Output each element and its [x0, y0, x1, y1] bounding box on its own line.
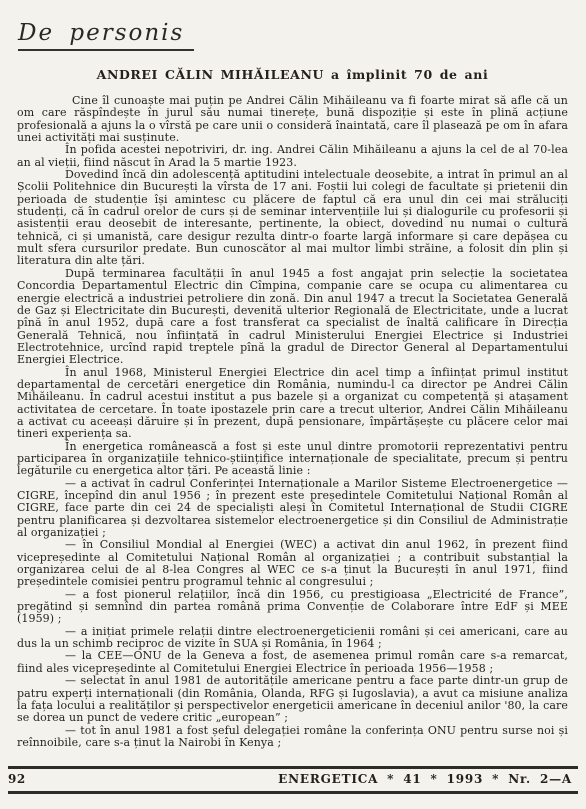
- list-item-paragraph: — tot în anul 1981 a fost șeful delegați…: [17, 725, 568, 750]
- paragraph: După terminarea facultății în anul 1945 …: [17, 268, 568, 367]
- list-item-paragraph: — selectat în anul 1981 de autoritățile …: [17, 675, 568, 724]
- journal-citation: ENERGETICA * 41 * 1993 * Nr. 2—A: [278, 772, 572, 786]
- journal-page: De personis ANDREI CĂLIN MIHĂILEANU a îm…: [0, 0, 586, 809]
- list-item-paragraph: — la CEE—ONU de la Geneva a fost, de ase…: [17, 650, 568, 675]
- list-item-paragraph: — a fost pionerul relațiilor, încă din 1…: [17, 589, 568, 626]
- page-number: 92: [8, 772, 26, 786]
- paragraph: Dovedind încă din adolescență aptitudini…: [17, 169, 568, 268]
- footer-rule-bottom: [8, 791, 578, 794]
- article-title: ANDREI CĂLIN MIHĂILEANU a împlinit 70 de…: [17, 67, 568, 82]
- page-footer: 92 ENERGETICA * 41 * 1993 * Nr. 2—A: [8, 772, 572, 786]
- list-item-paragraph: — a inițiat primele relații dintre elect…: [17, 626, 568, 651]
- section-label: De personis: [18, 20, 194, 51]
- paragraph: În anul 1968, Ministerul Energiei Electr…: [17, 367, 568, 441]
- paragraph: În pofida acestei nepotriviri, dr. ing. …: [17, 144, 568, 169]
- paragraph: În energetica românească a fost și este …: [17, 441, 568, 478]
- list-item-paragraph: — în Consiliul Mondial al Energiei (WEC)…: [17, 539, 568, 588]
- paragraph: Cine îl cunoaște mai puțin pe Andrei Căl…: [17, 95, 568, 144]
- article-body: Cine îl cunoaște mai puțin pe Andrei Căl…: [17, 95, 568, 749]
- footer-rule-top: [8, 766, 578, 769]
- list-item-paragraph: — a activat în cadrul Conferinței Intern…: [17, 478, 568, 540]
